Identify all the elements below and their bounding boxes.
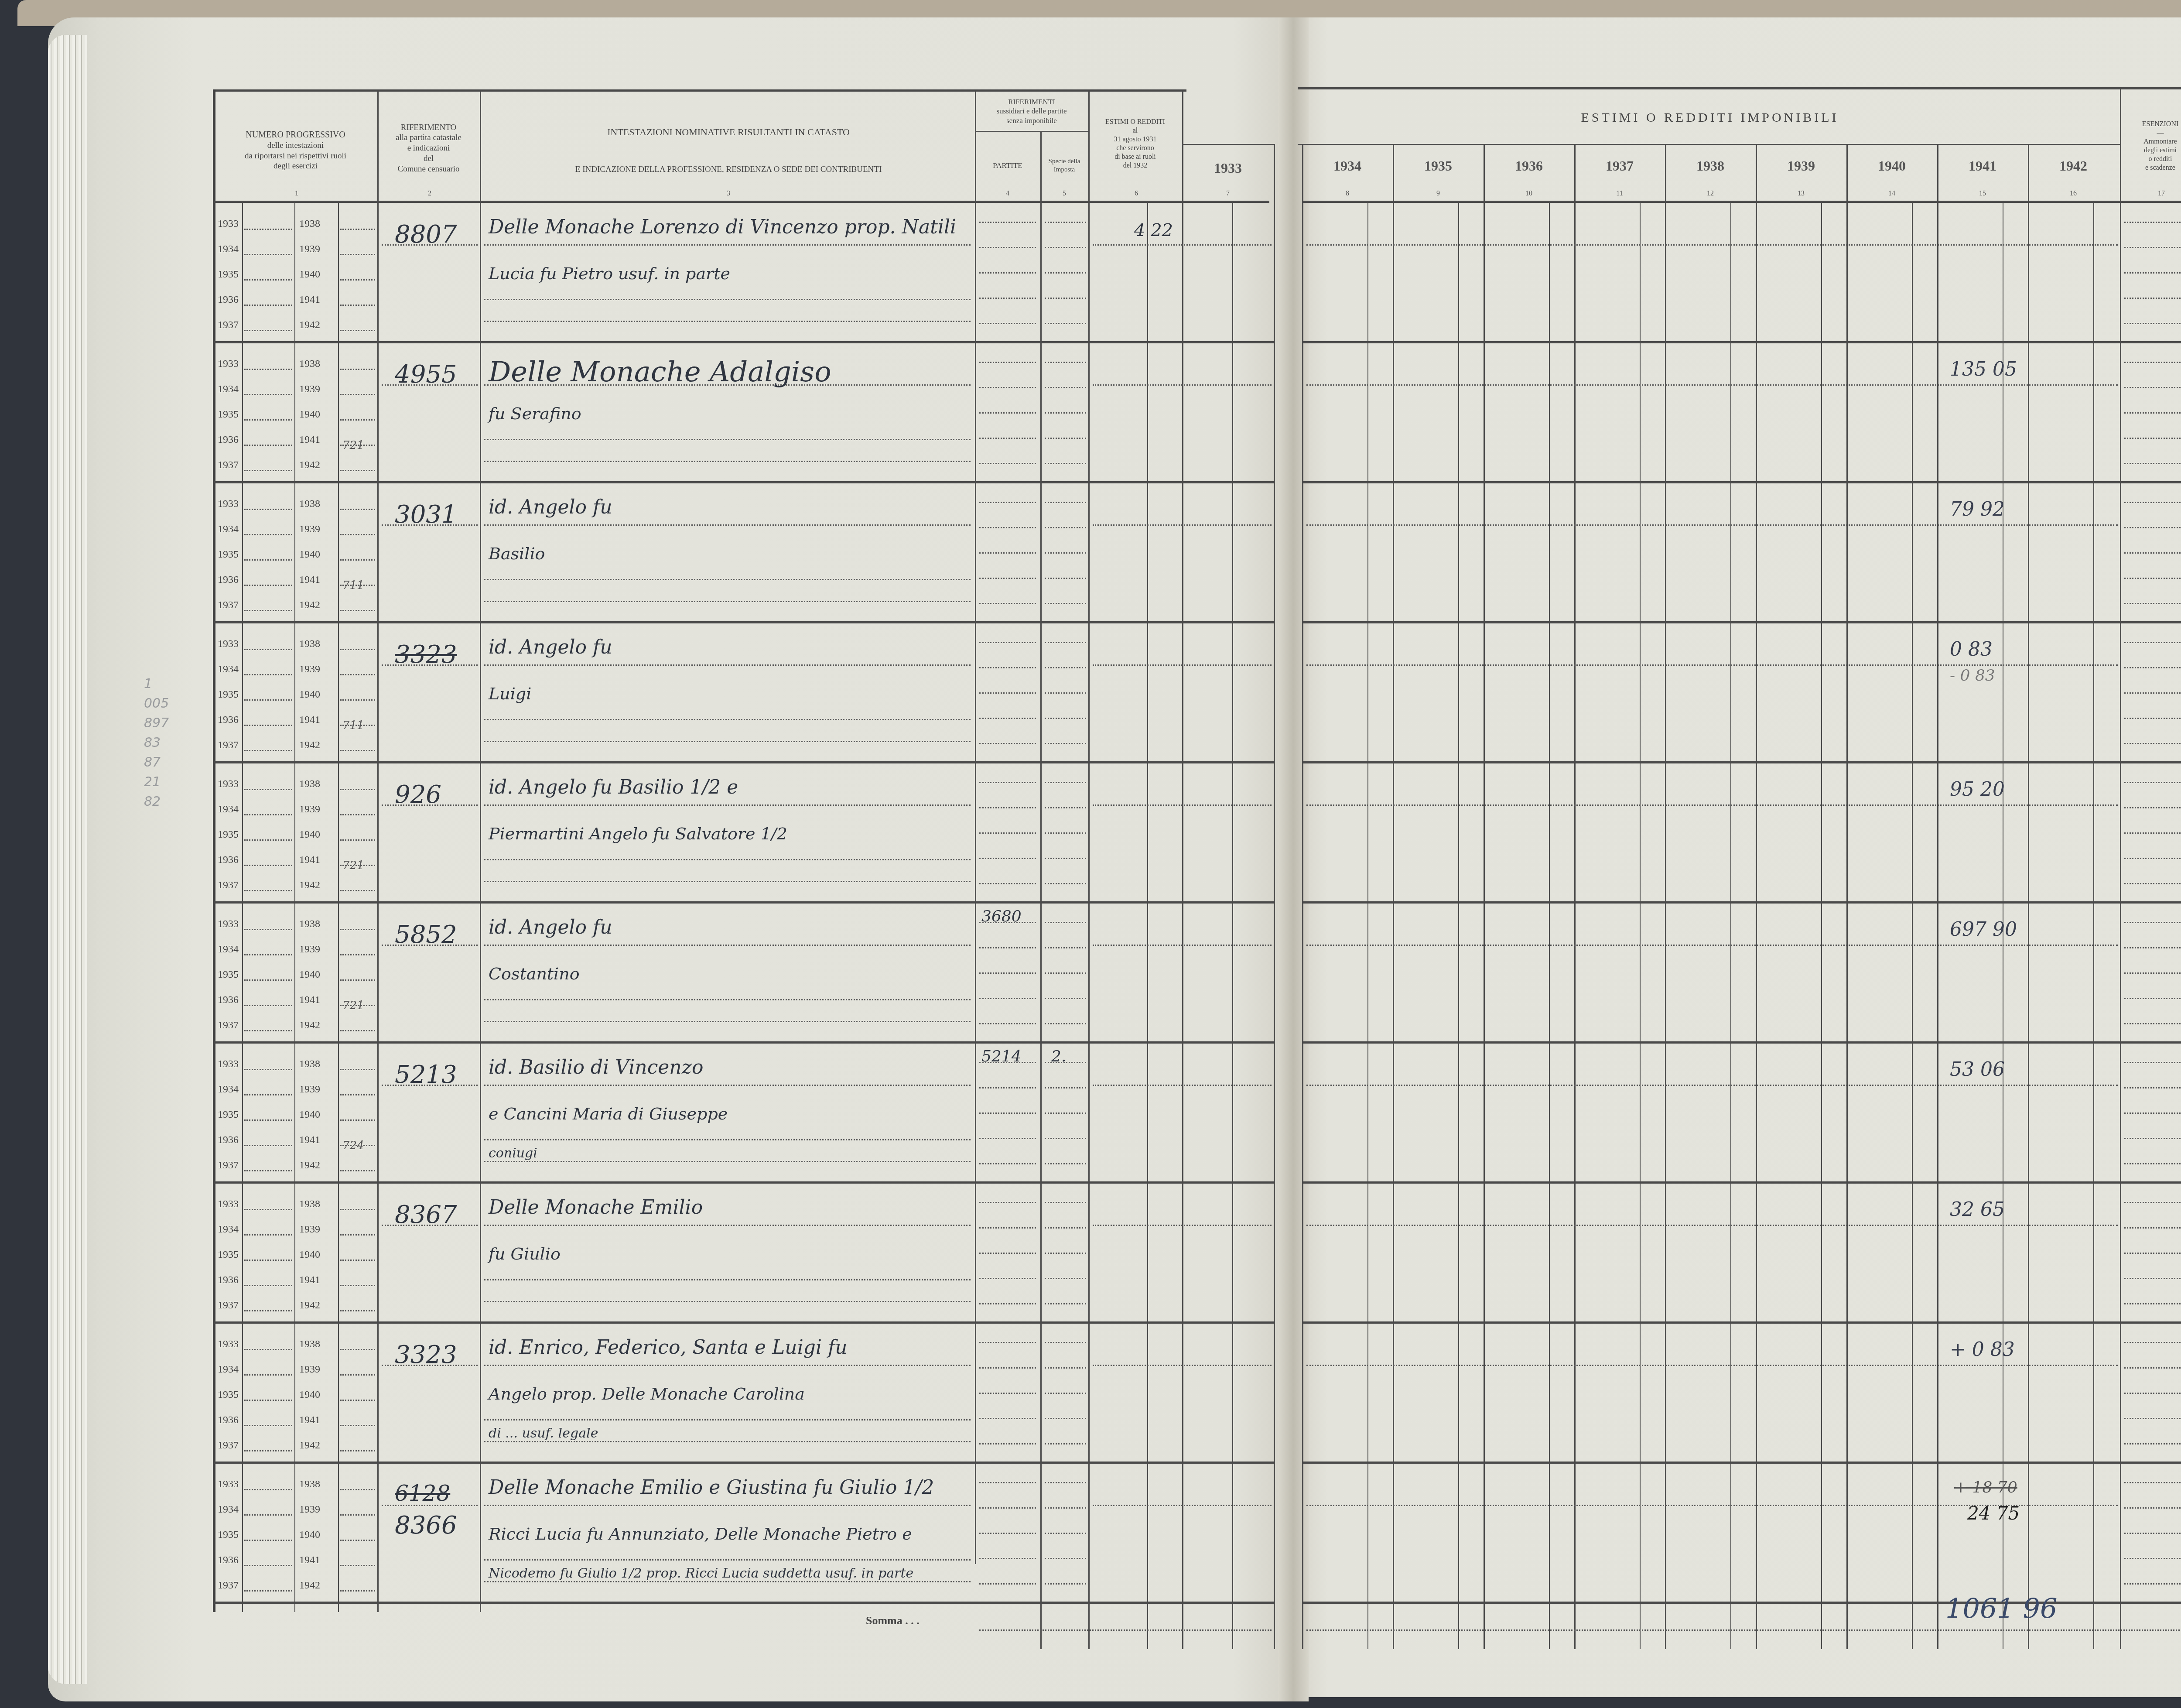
dotted-line (244, 954, 292, 955)
col-number: 4 (995, 190, 1021, 198)
dotted-line (244, 814, 292, 815)
year-label: 1934 (215, 243, 241, 255)
year-label: 1940 (297, 969, 323, 981)
cents-divider (1640, 201, 1641, 1649)
cents-divider (1367, 201, 1368, 1649)
partita-number: 8367 (395, 1201, 457, 1229)
writing-line (484, 804, 971, 806)
dotted-line (2124, 463, 2181, 464)
year-label: 1937 (215, 1580, 241, 1592)
value-1941-correction: - 0 83 (1950, 667, 1995, 685)
year-label: 1941 (297, 714, 323, 726)
dotted-line (244, 534, 292, 535)
dotted-line (1045, 1418, 1086, 1419)
dotted-line (244, 254, 292, 255)
cents-divider (2093, 201, 2094, 1649)
col-number: 11 (1607, 190, 1633, 198)
writing-line (484, 1505, 971, 1506)
somma-line (979, 1629, 1272, 1631)
partita-number: 3323 (395, 640, 457, 669)
year-label: 1942 (297, 1440, 323, 1451)
dotted-line (2124, 1023, 2181, 1024)
intestazione-line-3: Nicodemo fu Giulio 1/2 prop. Ricci Lucia… (489, 1566, 913, 1581)
intestazione-line-2: Piermartini Angelo fu Salvatore 1/2 (489, 824, 787, 843)
dotted-line (979, 1533, 1036, 1534)
dotted-line (979, 247, 1036, 248)
dotted-line (2124, 1367, 2181, 1369)
dotted-line (2124, 1253, 2181, 1254)
year-label: 1941 (297, 854, 323, 866)
year-col-divider (1846, 144, 1848, 1649)
somma-1941-value: 1061 96 (1945, 1592, 2057, 1624)
partita-number: 5213 (395, 1061, 457, 1089)
dotted-line (1045, 1163, 1086, 1164)
dotted-line (1045, 603, 1086, 604)
year-label: 1937 (215, 880, 241, 891)
dotted-line (979, 1482, 1036, 1483)
dotted-line (1045, 947, 1086, 948)
dotted-line (2124, 667, 2181, 668)
dotted-line (340, 559, 375, 561)
pencil-note: 1 (144, 676, 152, 691)
intestazione-line-2: Luigi (489, 684, 531, 703)
dotted-line (340, 1094, 375, 1095)
year-label: 1942 (297, 1020, 323, 1031)
dotted-line (340, 1489, 375, 1490)
dotted-line (2124, 387, 2181, 388)
dotted-line (1045, 463, 1086, 464)
row-separator (1302, 1321, 2181, 1324)
dotted-line (2124, 642, 2181, 643)
dotted-line (1045, 387, 1086, 388)
year-label: 1942 (297, 459, 323, 471)
dotted-line (979, 438, 1036, 439)
year-label: 1933 (215, 1058, 241, 1070)
estimi-1931-header: ESTIMI O REDDITI al 31 agosto 1931 che s… (1090, 92, 1180, 196)
value-1941: 135 05 (1950, 358, 2017, 380)
intestazione-line-2: e Cancini Maria di Giuseppe (489, 1104, 728, 1123)
header-bottom-rule (214, 201, 1269, 203)
year-label: 1933 (215, 498, 241, 510)
dotted-line (244, 1514, 292, 1516)
left-page-edges (48, 35, 87, 1684)
year-label: 1941 (297, 1554, 323, 1566)
dotted-line (340, 750, 375, 751)
year-label: 1933 (215, 638, 241, 650)
year-label: 1942 (297, 739, 323, 751)
dotted-line (2124, 883, 2181, 884)
dotted-line (2124, 412, 2181, 414)
dotted-line (979, 1278, 1036, 1279)
col-number: 2 (417, 190, 443, 198)
pencil-note: 87 (144, 755, 161, 770)
year-label: 1934 (215, 1364, 241, 1376)
writing-line (484, 1581, 971, 1582)
writing-line (484, 999, 971, 1000)
dotted-line (979, 1023, 1036, 1024)
dotted-line (340, 789, 375, 790)
book-gutter (1278, 17, 1309, 1701)
dotted-line (1045, 743, 1086, 744)
year-1938-header: 1938 (1665, 153, 1756, 179)
esenzioni-title: ESENZIONI (2142, 120, 2179, 129)
year-1936-header: 1936 (1484, 153, 1574, 179)
dotted-line (979, 222, 1036, 223)
value-1941: 79 92 (1950, 498, 2005, 520)
dotted-line (2124, 1227, 2181, 1229)
dotted-line (340, 279, 375, 281)
dotted-line (1045, 642, 1086, 643)
row-separator (1302, 761, 2181, 763)
dotted-line (244, 1590, 292, 1592)
year-label: 1935 (215, 269, 241, 281)
year-label: 1942 (297, 1580, 323, 1592)
intestazione-line-1: id. Angelo fu (489, 636, 612, 658)
intestazione-line-1: id. Angelo fu (489, 916, 612, 938)
dotted-line (2124, 922, 2181, 923)
writing-line (1306, 945, 2118, 946)
col-divider (975, 89, 976, 1564)
dotted-line (1045, 1367, 1086, 1369)
year-label: 1934 (215, 1504, 241, 1516)
dotted-line (244, 1209, 292, 1210)
dotted-line (340, 509, 375, 510)
dotted-line (979, 1367, 1036, 1369)
dotted-line (979, 807, 1036, 808)
somma-label: Somma . . . (866, 1614, 920, 1627)
dotted-line (2124, 323, 2181, 324)
partite-value: 5214 (981, 1047, 1022, 1065)
estimi-group-header: ESTIMI O REDDITI IMPONIBILI (1304, 100, 2116, 135)
dotted-line (2124, 692, 2181, 694)
dotted-line (244, 979, 292, 981)
dotted-line (244, 839, 292, 841)
dotted-line (979, 1303, 1036, 1304)
dotted-line (244, 674, 292, 675)
dotted-line (1045, 1443, 1086, 1444)
dotted-line (1045, 832, 1086, 834)
writing-line (1306, 664, 2118, 666)
intestazione-line-2: fu Serafino (489, 404, 581, 423)
intestazione-line-2: Angelo prop. Delle Monache Carolina (489, 1384, 805, 1403)
year-col-divider (1574, 144, 1576, 1649)
col3-header: INTESTAZIONI NOMINATIVE RISULTANTI IN CA… (484, 118, 973, 183)
row-separator (214, 761, 1274, 763)
dotted-line (244, 1374, 292, 1376)
year-label: 1933 (215, 358, 241, 370)
partita-number: 8807 (395, 220, 457, 249)
dotted-line (979, 463, 1036, 464)
writing-line (484, 601, 971, 602)
col-number: 5 (1051, 190, 1077, 198)
dotted-line (244, 394, 292, 395)
dotted-line (979, 1418, 1036, 1419)
dotted-line (340, 814, 375, 815)
col-number: 15 (1969, 190, 1996, 198)
dotted-line (1045, 1393, 1086, 1394)
ref-1941: 721 (342, 439, 364, 452)
year-label: 1938 (297, 1479, 323, 1490)
col-number: 7 (1215, 190, 1241, 198)
year-label: 1940 (297, 549, 323, 561)
dotted-line (340, 1260, 375, 1261)
year-label: 1942 (297, 599, 323, 611)
dotted-line (979, 642, 1036, 643)
year-label: 1937 (215, 1020, 241, 1031)
dotted-line (2124, 1583, 2181, 1585)
dotted-line (2124, 1482, 2181, 1483)
value-1941: + 0 83 (1950, 1338, 2015, 1361)
dotted-line (244, 699, 292, 701)
dotted-line (340, 1310, 375, 1311)
year-col-divider (1756, 144, 1757, 1649)
intestazione-line-3: di ... usuf. legale (489, 1426, 598, 1441)
col-divider (480, 89, 481, 1612)
writing-line (1093, 945, 1272, 946)
year-label: 1940 (297, 1389, 323, 1401)
year-label: 1936 (215, 574, 241, 586)
dotted-line (979, 362, 1036, 363)
year-label: 1937 (215, 319, 241, 331)
dotted-line (340, 305, 375, 306)
intestazione-line-1: Delle Monache Emilio e Giustina fu Giuli… (489, 1476, 934, 1499)
year-label: 1937 (215, 459, 241, 471)
writing-line (1093, 1085, 1272, 1086)
intestazione-line-1: id. Basilio di Vincenzo (489, 1056, 703, 1078)
dotted-line (979, 1112, 1036, 1114)
year-label: 1937 (215, 599, 241, 611)
col2-line: del (424, 154, 434, 164)
dotted-line (2124, 247, 2181, 248)
dotted-line (340, 1565, 375, 1566)
year-label: 1938 (297, 1058, 323, 1070)
dotted-line (1045, 1482, 1086, 1483)
partita-number-struck: 6128 (395, 1481, 450, 1506)
year-label: 1939 (297, 664, 323, 675)
dotted-line (244, 1094, 292, 1095)
dotted-line (244, 1285, 292, 1286)
col-number: 13 (1788, 190, 1814, 198)
year-label: 1939 (297, 1224, 323, 1236)
partita-number: 926 (395, 780, 441, 809)
esenzioni-line: degli estimi (2144, 146, 2177, 155)
dotted-line (979, 1558, 1036, 1559)
year-col-divider (1393, 144, 1394, 1649)
dotted-line (340, 1374, 375, 1376)
dotted-line (244, 1005, 292, 1006)
writing-line (484, 859, 971, 860)
writing-line (484, 524, 971, 526)
dotted-line (1045, 272, 1086, 274)
ref-1941: 711 (342, 579, 364, 592)
dotted-line (244, 789, 292, 790)
dotted-line (2124, 1393, 2181, 1394)
ref-1941: 724 (342, 1139, 364, 1152)
dotted-line (1045, 718, 1086, 719)
writing-line (1306, 804, 2118, 806)
row-separator (214, 621, 1274, 623)
col-number: 1 (284, 190, 310, 198)
dotted-line (2124, 222, 2181, 223)
value-1941: 53 06 (1950, 1058, 2005, 1081)
year-label: 1937 (215, 739, 241, 751)
partite-header: PARTITE (977, 135, 1038, 196)
year-label: 1939 (297, 524, 323, 535)
dotted-line (1045, 692, 1086, 694)
year-label: 1935 (215, 1109, 241, 1121)
riferimenti-line: sussidiari e delle partite (997, 106, 1067, 116)
writing-line (1306, 384, 2118, 386)
dotted-line (244, 445, 292, 446)
value-1941: 95 20 (1950, 778, 2005, 801)
somma-line (1306, 1629, 2181, 1631)
writing-line (484, 1559, 971, 1561)
esenzioni-header: ESENZIONI — Ammontare degli estimi o red… (2122, 96, 2181, 196)
dotted-line (244, 369, 292, 370)
value-1941: 697 90 (1950, 918, 2017, 941)
dotted-line (979, 883, 1036, 884)
dotted-line (244, 1069, 292, 1070)
ref-1941: 711 (342, 719, 364, 732)
dotted-line (2124, 1342, 2181, 1343)
dotted-line (979, 998, 1036, 999)
dotted-line (244, 330, 292, 331)
year-label: 1934 (215, 1224, 241, 1236)
year-label: 1933 (215, 218, 241, 230)
dotted-line (244, 1349, 292, 1350)
dotted-line (1045, 438, 1086, 439)
col-number: 10 (1516, 190, 1542, 198)
col2-header: RIFERIMENTO alla partita catastale e ind… (379, 105, 478, 192)
dotted-line (340, 979, 375, 981)
dotted-line (1045, 1138, 1086, 1139)
dotted-line (340, 470, 375, 471)
year-label: 1936 (215, 1274, 241, 1286)
dotted-line (244, 470, 292, 471)
writing-line (484, 1021, 971, 1022)
estimi-1931-title: ESTIMI O REDDITI (1105, 118, 1165, 127)
row-separator (214, 1181, 1274, 1184)
dotted-line (1045, 1023, 1086, 1024)
dotted-line (1045, 1533, 1086, 1534)
dotted-line (979, 1507, 1036, 1509)
dotted-line (2124, 1443, 2181, 1444)
year-label: 1934 (215, 524, 241, 535)
year-label: 1939 (297, 1504, 323, 1516)
col-divider (1147, 201, 1148, 1649)
writing-line (484, 461, 971, 462)
dotted-line (2124, 502, 2181, 503)
estimi-1931-line: del 1932 (1123, 161, 1148, 170)
year-label: 1940 (297, 1249, 323, 1261)
year-label: 1939 (297, 1364, 323, 1376)
dotted-line (340, 1285, 375, 1286)
dotted-line (2124, 1303, 2181, 1304)
writing-line (484, 1161, 971, 1162)
writing-line (1306, 1225, 2118, 1226)
dotted-line (1045, 998, 1086, 999)
dotted-line (340, 954, 375, 955)
year-label: 1933 (215, 778, 241, 790)
dotted-line (1045, 247, 1086, 248)
row-separator (1302, 1041, 2181, 1044)
right-page (1293, 17, 2181, 1697)
intestazione-line-3: coniugi (489, 1146, 537, 1161)
dotted-line (1045, 1303, 1086, 1304)
dotted-line (2124, 1163, 2181, 1164)
year-label: 1940 (297, 409, 323, 421)
dotted-line (244, 1030, 292, 1031)
row-separator (214, 1321, 1274, 1324)
riferimenti-header: RIFERIMENTI sussidiari e delle partite s… (977, 92, 1086, 131)
partite-value: 3680 (981, 907, 1022, 925)
dotted-line (340, 1209, 375, 1210)
dotted-line (979, 578, 1036, 579)
writing-line (1093, 664, 1272, 666)
row-separator (1302, 481, 2181, 483)
row-separator (214, 341, 1274, 343)
year-label: 1941 (297, 1134, 323, 1146)
dotted-line (340, 839, 375, 841)
dotted-line (340, 1450, 375, 1451)
dotted-line (340, 369, 375, 370)
estimi-1931-line: 31 agosto 1931 (1114, 135, 1157, 144)
col3-title: INTESTAZIONI NOMINATIVE RISULTANTI IN CA… (607, 126, 850, 138)
year-label: 1942 (297, 1300, 323, 1311)
year-label: 1933 (215, 1198, 241, 1210)
year-label: 1939 (297, 944, 323, 955)
year-label: 1935 (215, 409, 241, 421)
specie-header: Specie della Imposta (1043, 135, 1086, 196)
year-1942-header: 1942 (2028, 153, 2119, 179)
col-number: 14 (1879, 190, 1905, 198)
year-label: 1933 (215, 1338, 241, 1350)
dotted-line (2124, 1558, 2181, 1559)
header-bottom-rule (1302, 201, 2181, 203)
cents-divider (1730, 201, 1731, 1649)
year-col-divider (1665, 144, 1666, 1649)
year-label: 1941 (297, 1274, 323, 1286)
year-label: 1934 (215, 1084, 241, 1095)
dotted-line (979, 1163, 1036, 1164)
dotted-line (244, 509, 292, 510)
dotted-line (2124, 272, 2181, 274)
writing-line (484, 439, 971, 440)
row-separator (1302, 901, 2181, 904)
dotted-line (979, 1087, 1036, 1088)
dotted-line (244, 559, 292, 561)
estimi-1931-line: al (1133, 127, 1138, 135)
dotted-line (979, 298, 1036, 299)
dotted-line (2124, 1533, 2181, 1534)
dotted-line (340, 1514, 375, 1516)
row-separator (214, 1041, 1274, 1044)
value-1941-struck: + 18 70 (1954, 1479, 2017, 1496)
year-label: 1937 (215, 1160, 241, 1171)
pencil-note: 21 (144, 774, 161, 790)
dotted-line (979, 718, 1036, 719)
writing-line (484, 1301, 971, 1302)
year-1937-header: 1937 (1574, 153, 1665, 179)
year-1935-header: 1935 (1393, 153, 1484, 179)
writing-line (484, 244, 971, 246)
dotted-line (1045, 972, 1086, 974)
dotted-line (340, 1030, 375, 1031)
row-separator (214, 481, 1274, 483)
dotted-line (244, 1565, 292, 1566)
writing-line (484, 664, 971, 666)
esenzioni-line: e scadenze (2145, 164, 2175, 172)
